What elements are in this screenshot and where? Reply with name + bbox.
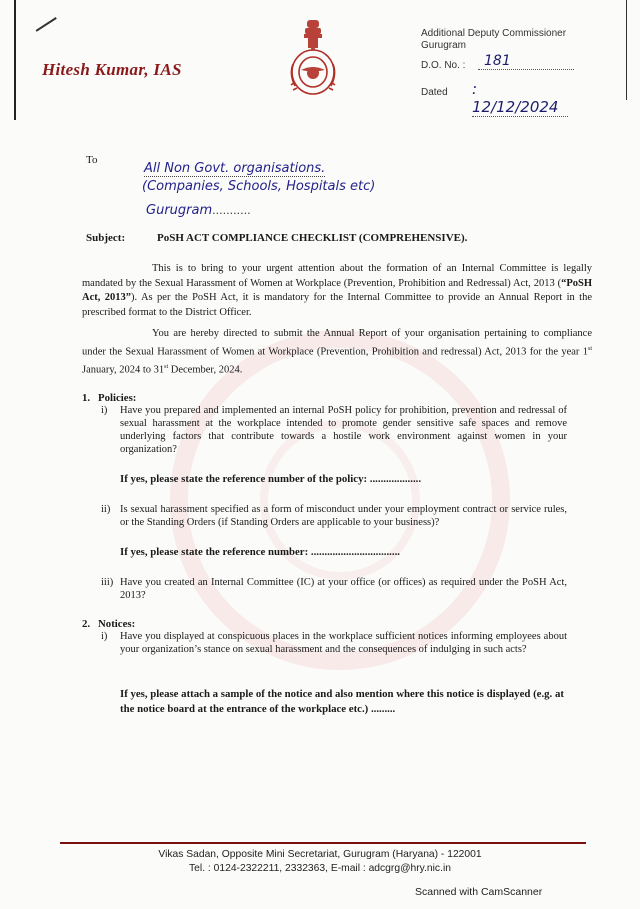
- checklist-question: i) Have you prepared and implemented an …: [101, 404, 567, 456]
- section-policies-heading: 1.Policies:: [82, 392, 136, 404]
- question-number: i): [101, 630, 107, 643]
- dated-label: Dated: [421, 87, 448, 98]
- directive-paragraph: You are hereby directed to submit the An…: [82, 327, 592, 378]
- directive-text-a: You are hereby directed to submit the An…: [82, 328, 592, 357]
- directive-sup-1: st: [588, 346, 592, 352]
- question-text: Have you created an Internal Committee (…: [120, 576, 567, 602]
- scan-edge-left: [14, 0, 16, 120]
- recipient-line-1: All Non Govt. organisations.: [144, 162, 325, 177]
- footer-address: Vikas Sadan, Opposite Mini Secretariat, …: [0, 849, 640, 860]
- directive-text-b: January, 2024 to 31: [82, 364, 164, 375]
- recipient-dots: ...........: [212, 204, 250, 217]
- date-sep: :: [472, 80, 477, 98]
- date-text: 12/12/2024: [472, 98, 558, 116]
- directive-text-c: December, 2024.: [168, 364, 242, 375]
- office-location: Gurugram: [421, 40, 566, 52]
- section-title: Policies:: [98, 392, 136, 404]
- date-value: : 12/12/2024: [472, 80, 568, 117]
- officer-name: Hitesh Kumar, IAS: [42, 60, 182, 80]
- intro-text-a: This is to bring to your urgent attentio…: [82, 263, 592, 289]
- response-prompt: If yes, please state the reference numbe…: [120, 472, 421, 487]
- response-prompt: If yes, please state the reference numbe…: [120, 545, 400, 560]
- footer-divider: [60, 842, 586, 844]
- dated-label-text: Dated: [421, 87, 448, 98]
- do-number-label: D.O. No. :: [421, 60, 465, 71]
- to-label: To: [86, 154, 97, 166]
- haryana-emblem-icon: [285, 16, 341, 98]
- question-text: Have you displayed at conspicuous places…: [120, 630, 567, 656]
- office-title: Additional Deputy Commissioner: [421, 28, 566, 40]
- checklist-question: iii) Have you created an Internal Commit…: [101, 576, 567, 602]
- question-number: i): [101, 404, 107, 417]
- question-number: iii): [101, 576, 113, 589]
- footer-contact: Tel. : 0124-2322211, 2332363, E-mail : a…: [0, 863, 640, 874]
- question-text: Have you prepared and implemented an int…: [120, 404, 567, 456]
- response-prompt: If yes, please attach a sample of the no…: [120, 687, 580, 717]
- checklist-question: ii) Is sexual harassment specified as a …: [101, 503, 567, 529]
- scan-edge-right: [626, 0, 627, 100]
- do-number-value: 181: [478, 53, 574, 70]
- subject-text: PoSH ACT COMPLIANCE CHECKLIST (COMPREHEN…: [157, 232, 467, 244]
- checklist-question: i) Have you displayed at conspicuous pla…: [101, 630, 567, 656]
- section-title: Notices:: [98, 618, 135, 630]
- section-number: 2.: [82, 618, 98, 630]
- recipient-line-3: Gurugram...........: [146, 204, 251, 218]
- office-designation: Additional Deputy Commissioner Gurugram: [421, 28, 566, 52]
- question-number: ii): [101, 503, 110, 516]
- section-notices-heading: 2.Notices:: [82, 618, 135, 630]
- intro-text-b: ). As per the PoSH Act, it is mandatory …: [82, 292, 592, 318]
- subject-label: Subject:: [86, 232, 125, 244]
- pen-tick-mark: [36, 17, 57, 31]
- recipient-city: Gurugram: [146, 203, 212, 218]
- question-text: Is sexual harassment specified as a form…: [120, 503, 567, 529]
- recipient-line-2: (Companies, Schools, Hospitals etc): [142, 180, 375, 194]
- intro-paragraph: This is to bring to your urgent attentio…: [82, 262, 592, 320]
- section-number: 1.: [82, 392, 98, 404]
- scanner-watermark: Scanned with CamScanner: [415, 886, 542, 898]
